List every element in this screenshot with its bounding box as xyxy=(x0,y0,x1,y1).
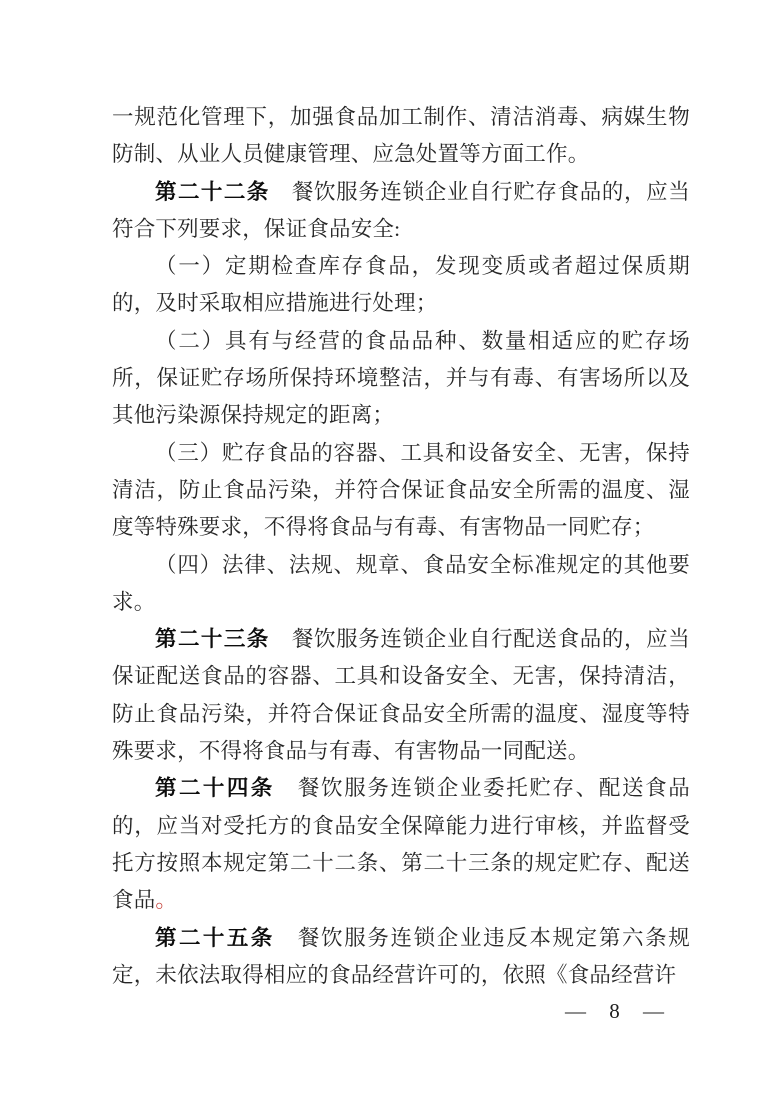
article-number: 第二十三条 xyxy=(155,627,270,652)
paragraph: 一规范化管理下，加强食品加工制作、清洁消毒、病媒生物防制、从业人员健康管理、应急… xyxy=(112,99,690,174)
body-text-run: （一）定期检查库存食品，发现变质或者超过保质期的，及时采取相应措施进行处理； xyxy=(112,254,690,315)
paragraph: （三）贮存食品的容器、工具和设备安全、无害，保持清洁，防止食品污染，并符合保证食… xyxy=(112,435,690,547)
document-body: 一规范化管理下，加强食品加工制作、清洁消毒、病媒生物防制、从业人员健康管理、应急… xyxy=(112,99,690,994)
paragraph: 第二十四条 餐饮服务连锁企业委托贮存、配送食品的，应当对受托方的食品安全保障能力… xyxy=(112,770,690,919)
body-text-run: 一规范化管理下，加强食品加工制作、清洁消毒、病媒生物防制、从业人员健康管理、应急… xyxy=(112,105,690,166)
paragraph: （四）法律、法规、规章、食品安全标准规定的其他要求。 xyxy=(112,547,690,622)
paragraph: 第二十二条 餐饮服务连锁企业自行贮存食品的，应当符合下列要求，保证食品安全: xyxy=(112,174,690,249)
paragraph: （一）定期检查库存食品，发现变质或者超过保质期的，及时采取相应措施进行处理； xyxy=(112,248,690,323)
paragraph: 第二十五条 餐饮服务连锁企业违反本规定第六条规定，未依法取得相应的食品经营许可的… xyxy=(112,920,690,995)
document-page: 一规范化管理下，加强食品加工制作、清洁消毒、病媒生物防制、从业人员健康管理、应急… xyxy=(0,0,781,1103)
body-text-run: （三）贮存食品的容器、工具和设备安全、无害，保持清洁，防止食品污染，并符合保证食… xyxy=(112,441,690,540)
page-number: — 8 — xyxy=(565,999,669,1024)
body-text-run: （二）具有与经营的食品品种、数量相适应的贮存场所，保证贮存场所保持环境整洁，并与… xyxy=(112,329,690,428)
paragraph: 第二十三条 餐饮服务连锁企业自行配送食品的，应当保证配送食品的容器、工具和设备安… xyxy=(112,621,690,770)
article-number: 第二十五条 xyxy=(155,926,275,951)
article-number: 第二十二条 xyxy=(155,180,270,205)
article-number: 第二十四条 xyxy=(155,776,275,801)
paragraph: （二）具有与经营的食品品种、数量相适应的贮存场所，保证贮存场所保持环境整洁，并与… xyxy=(112,323,690,435)
body-text-run: （四）法律、法规、规章、食品安全标准规定的其他要求。 xyxy=(112,553,690,614)
red-period: 。 xyxy=(155,888,177,912)
